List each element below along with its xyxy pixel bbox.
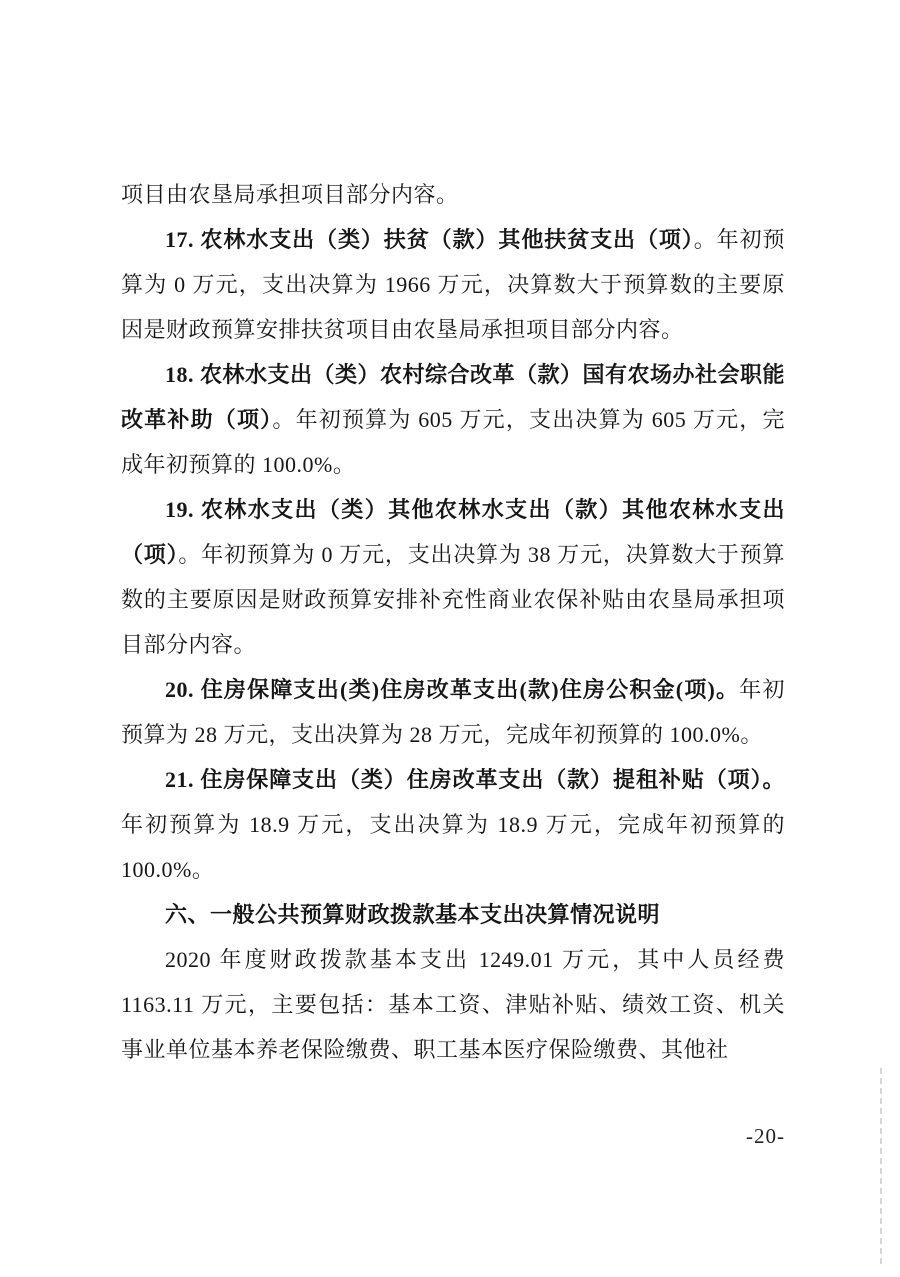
- paragraph-item-21: 21. 住房保障支出（类）住房改革支出（款）提租补贴（项）。年初预算为 18.9…: [121, 757, 785, 892]
- item-21-title: 21. 住房保障支出（类）住房改革支出（款）提租补贴（项）。: [165, 767, 785, 792]
- section-heading: 六、一般公共预算财政拨款基本支出决算情况说明: [121, 892, 785, 937]
- item-20-title: 20. 住房保障支出(类)住房改革支出(款)住房公积金(项)。: [165, 677, 739, 702]
- item-19-body: 。年初预算为 0 万元，支出决算为 38 万元，决算数大于预算数的主要原因是财政…: [121, 542, 785, 657]
- paragraph-item-20: 20. 住房保障支出(类)住房改革支出(款)住房公积金(项)。年初预算为 28 …: [121, 667, 785, 757]
- paragraph-item-17: 17. 农林水支出（类）扶贫（款）其他扶贫支出（项）。年初预算为 0 万元，支出…: [121, 217, 785, 352]
- document-page: 项目由农垦局承担项目部分内容。 17. 农林水支出（类）扶贫（款）其他扶贫支出（…: [0, 0, 900, 1277]
- item-21-body: 年初预算为 18.9 万元，支出决算为 18.9 万元，完成年初预算的 100.…: [121, 812, 785, 882]
- document-content: 项目由农垦局承担项目部分内容。 17. 农林水支出（类）扶贫（款）其他扶贫支出（…: [121, 172, 785, 1072]
- item-17-title: 17. 农林水支出（类）扶贫（款）其他扶贫支出（项）: [165, 227, 694, 252]
- paragraph-basic-expenditure: 2020 年度财政拨款基本支出 1249.01 万元，其中人员经费 1163.1…: [121, 937, 785, 1072]
- scan-artifact-line: [880, 1068, 882, 1264]
- paragraph-item-18: 18. 农林水支出（类）农村综合改革（款）国有农场办社会职能改革补助（项）。年初…: [121, 352, 785, 487]
- paragraph-continuation: 项目由农垦局承担项目部分内容。: [121, 172, 785, 217]
- paragraph-item-19: 19. 农林水支出（类）其他农林水支出（款）其他农林水支出（项）。年初预算为 0…: [121, 487, 785, 667]
- page-number: -20-: [121, 1121, 785, 1151]
